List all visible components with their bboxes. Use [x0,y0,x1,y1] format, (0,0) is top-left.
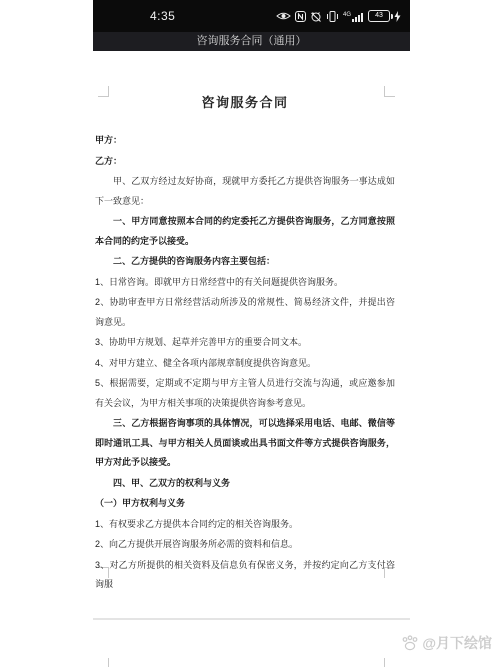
clause-2-item-5: 5、根据需要，定期或不定期与甲方主管人员进行交流与沟通，或应邀参加有关会议，为甲… [95,374,395,413]
battery-level-label: 43 [375,12,383,20]
nfc-icon [295,11,306,22]
paw-icon [401,635,419,651]
party-b-label: 乙方： [95,152,395,172]
network-indicator: 4G [343,11,364,22]
signal-bars-icon [352,11,364,22]
alarm-off-icon [310,11,322,22]
network-type-label: 4G [343,12,351,18]
clause-2-item-3: 3、协助甲方规划、起草并完善甲方的重要合同文本。 [95,333,395,353]
clause-4-item-3: 3、对乙方所提供的相关资料及信息负有保密义务，并按约定向乙方支付咨询服 [95,556,395,595]
clause-3-heading: 三、乙方根据咨询事项的具体情况，可以选择采用电话、电邮、微信等即时通讯工具、与甲… [95,414,395,473]
page2-crop-mark-top-left [98,658,109,667]
contract-title: 咨询服务合同 [95,95,395,111]
contract-preamble: 甲、乙双方经过友好协商，现就甲方委托乙方提供咨询服务一事达成如下一致意见： [95,172,395,211]
clause-2-item-1: 1、日常咨询。即就甲方日常经营中的有关问题提供咨询服务。 [95,273,395,293]
watermark-text: @月下绘馆 [422,633,492,653]
document-title-bar: 咨询服务合同（通用） [93,32,410,51]
clause-4-item-1: 1、有权要求乙方提供本合同约定的相关咨询服务。 [95,515,395,535]
status-icons: 4G 43 [276,10,401,22]
watermark: @月下绘馆 [401,633,492,653]
clause-4-item-2: 2、向乙方提供开展咨询服务所必需的资料和信息。 [95,535,395,555]
clause-1-heading: 一、甲方同意按照本合同的约定委托乙方提供咨询服务，乙方同意按照本合同的约定予以接… [95,212,395,251]
clock: 4:35 [150,9,175,23]
status-bar: 4:35 4G 43 [93,0,410,32]
party-a-label: 甲方： [95,131,395,151]
clause-4-sub-heading: （一）甲方权利与义务 [95,494,395,514]
page2-crop-mark-top-right [384,658,395,667]
clause-2-heading: 二、乙方提供的咨询服务内容主要包括： [95,252,395,272]
battery-indicator: 43 [368,10,390,22]
page-separator [93,618,410,620]
vibrate-icon [326,11,339,22]
clause-4-heading: 四、甲、乙双方的权利与义务 [95,474,395,494]
document-page[interactable]: 咨询服务合同 甲方： 乙方： 甲、乙双方经过友好协商，现就甲方委托乙方提供咨询服… [95,95,395,596]
document-title: 咨询服务合同（通用） [197,35,307,47]
charging-icon [394,11,401,22]
clause-2-item-2: 2、协助审查甲方日常经营活动所涉及的常规性、简易经济文件，并提出咨询意见。 [95,293,395,332]
clause-2-item-4: 4、对甲方建立、健全各项内部规章制度提供咨询意见。 [95,354,395,374]
eye-protection-icon [276,11,291,21]
